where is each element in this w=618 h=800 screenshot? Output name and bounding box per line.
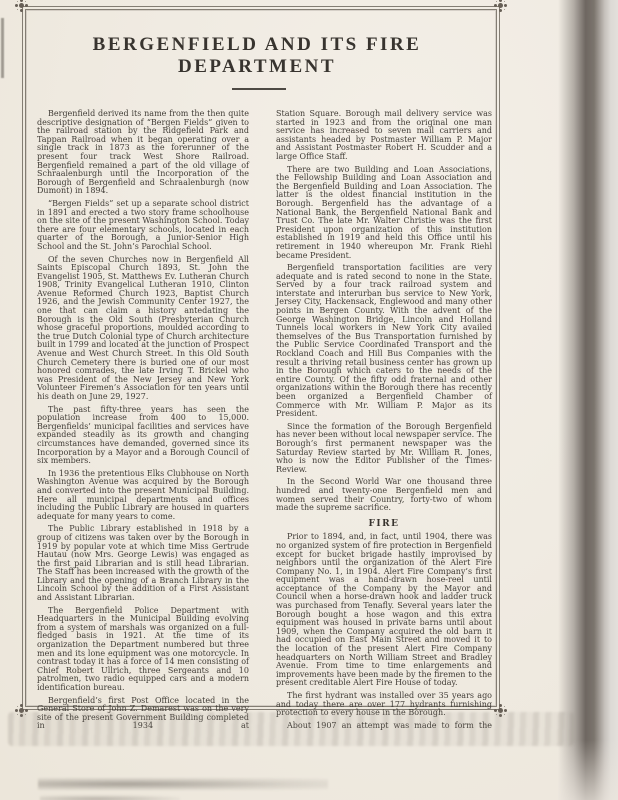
page-title: BERGENFIELD AND ITS FIRE DEPARTMENT <box>22 34 492 78</box>
book-page-edge-fade <box>558 740 618 800</box>
corner-ornament-top-left <box>19 3 24 8</box>
paragraph: The past fifty-three years has seen the … <box>37 406 249 466</box>
paragraph: Prior to 1894, and, in fact, until 1904,… <box>276 533 492 688</box>
left-column: Bergenfield derived its name from the th… <box>37 110 249 735</box>
section-heading: FIRE <box>276 520 492 529</box>
paragraph: There are two Building and Loan Associat… <box>276 166 492 261</box>
book-page-edge-shadow <box>558 0 618 800</box>
paragraph: “Bergen Fields” set up a separate school… <box>37 200 249 252</box>
paragraph: The Public Library established in 1918 b… <box>37 525 249 602</box>
paragraph: The Bergenfield Police Department with H… <box>37 607 249 693</box>
scan-smudge-bottom-left <box>38 778 328 790</box>
scan-bottom-shadow-band <box>8 712 574 746</box>
paragraph: Of the seven Churches now in Bergenfield… <box>37 256 249 402</box>
paragraph: Since the formation of the Borough Berge… <box>276 423 492 475</box>
corner-ornament-top-right <box>498 3 503 8</box>
title-divider-rule <box>232 88 286 90</box>
right-column: Station Square. Borough mail delivery se… <box>276 110 492 734</box>
paragraph: Bergenfield transportation facilities ar… <box>276 264 492 419</box>
paragraph: Bergenfield derived its name from the th… <box>37 110 249 196</box>
paragraph: In 1936 the pretentious Elks Clubhouse o… <box>37 470 249 522</box>
scan-smudge-bottom-left-2 <box>40 795 180 800</box>
paragraph: In the Second World War one thousand thr… <box>276 478 492 512</box>
scan-left-edge-mark <box>1 18 4 78</box>
paragraph: Station Square. Borough mail delivery se… <box>276 110 492 162</box>
